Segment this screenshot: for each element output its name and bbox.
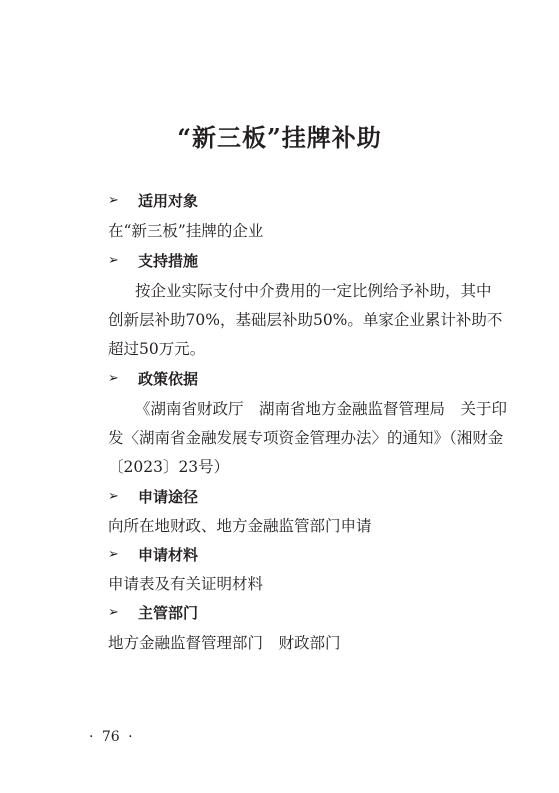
section-body-line: 地方金融监督管理部门 财政部门 bbox=[108, 632, 483, 654]
section-heading-label: 申请途径 bbox=[138, 486, 198, 508]
arrow-bullet-icon: ➢ bbox=[108, 190, 138, 212]
section-heading-application-channel: ➢ 申请途径 bbox=[108, 486, 198, 508]
section-heading-competent-department: ➢ 主管部门 bbox=[108, 602, 198, 624]
section-heading-label: 主管部门 bbox=[138, 602, 198, 624]
section-body-line: 在“新三板”挂牌的企业 bbox=[108, 220, 483, 242]
section-heading-policy-basis: ➢ 政策依据 bbox=[108, 368, 198, 390]
arrow-bullet-icon: ➢ bbox=[108, 544, 138, 566]
section-body-line: 超过50万元。 bbox=[108, 338, 483, 360]
section-body-line: 申请表及有关证明材料 bbox=[108, 573, 483, 595]
arrow-bullet-icon: ➢ bbox=[108, 368, 138, 390]
section-heading-support-measures: ➢ 支持措施 bbox=[108, 250, 198, 272]
section-heading-label: 申请材料 bbox=[138, 544, 198, 566]
page-title: “新三板”挂牌补助 bbox=[0, 122, 559, 154]
section-heading-label: 适用对象 bbox=[138, 190, 198, 212]
section-body-line: 〔2023〕23号） bbox=[108, 456, 483, 478]
section-body-line: 向所在地财政、地方金融监管部门申请 bbox=[108, 515, 483, 537]
arrow-bullet-icon: ➢ bbox=[108, 486, 138, 508]
section-body-line: 《湖南省财政厅 湖南省地方金融监督管理局 关于印 bbox=[135, 398, 483, 420]
arrow-bullet-icon: ➢ bbox=[108, 602, 138, 624]
section-heading-eligibility: ➢ 适用对象 bbox=[108, 190, 198, 212]
section-body-line: 发〈湖南省金融发展专项资金管理办法〉的通知》（湘财金 bbox=[108, 427, 483, 449]
page-number: · 76 · bbox=[89, 727, 133, 747]
section-body-line: 创新层补助70%，基础层补助50%。单家企业累计补助不 bbox=[108, 309, 483, 331]
section-heading-label: 政策依据 bbox=[138, 368, 198, 390]
section-body-line: 按企业实际支付中介费用的一定比例给予补助，其中 bbox=[135, 280, 483, 302]
arrow-bullet-icon: ➢ bbox=[108, 250, 138, 272]
section-heading-application-materials: ➢ 申请材料 bbox=[108, 544, 198, 566]
section-heading-label: 支持措施 bbox=[138, 250, 198, 272]
